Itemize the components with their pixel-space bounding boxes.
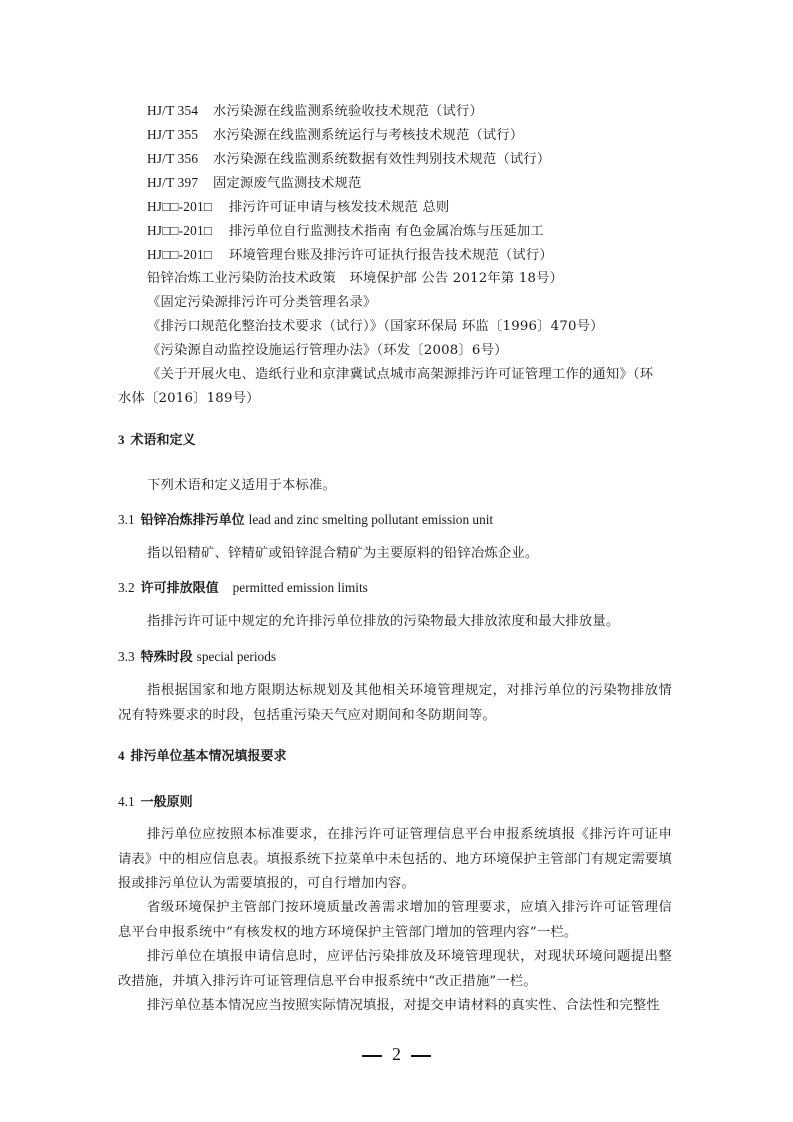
section-number: 4 (118, 748, 125, 763)
reference-title: 排污许可证申请与核发技术规范 总则 (229, 200, 449, 215)
reference-code: HJ/T 397 (147, 175, 213, 191)
section-title: 术语和定义 (131, 433, 196, 448)
policy-reference: 《排污口规范化整治技术要求（试行）》（国家环保局 环监〔1996〕470号） (147, 319, 604, 335)
reference-title: 环境管理台账及排污许可证执行报告技术规范（试行） (229, 248, 553, 263)
reference-item: HJ□□-201□排污单位自行监测技术指南 有色金属冶炼与压延加工 (147, 223, 544, 240)
term-chinese: 特殊时段 (141, 650, 193, 665)
term-definition: 指排污许可证中规定的允许排污单位排放的污染物最大排放浓度和最大排放量。 (147, 614, 619, 630)
reference-code: HJ□□-201□ (147, 199, 229, 215)
policy-reference-continuation: 水体〔2016〕189号） (118, 391, 260, 407)
reference-item: HJ/T 354水污染源在线监测系统验收技术规范（试行） (147, 103, 483, 120)
reference-title: 水污染源在线监测系统运行与考核技术规范（试行） (213, 128, 523, 143)
reference-code: HJ□□-201□ (147, 247, 229, 263)
reference-item: HJ/T 397固定源废气监测技术规范 (147, 175, 361, 192)
subsection-heading: 4.1一般原则 (118, 794, 193, 811)
term-english: special periods (197, 649, 276, 664)
reference-item: HJ□□-201□排污许可证申请与核发技术规范 总则 (147, 199, 449, 216)
term-english: lead and zinc smelting pollutant emissio… (249, 512, 493, 527)
section-number: 3 (118, 432, 125, 447)
body-paragraph: 省级环境保护主管部门按环境质量改善需求增加的管理要求，应填入排污许可证管理信息平… (118, 896, 672, 945)
reference-title: 固定源废气监测技术规范 (213, 176, 361, 191)
section-heading: 3术语和定义 (118, 432, 196, 449)
reference-title: 水污染源在线监测系统数据有效性判别技术规范（试行） (213, 152, 550, 167)
reference-item: HJ/T 356水污染源在线监测系统数据有效性判别技术规范（试行） (147, 151, 550, 168)
term-heading: 3.1铅锌冶炼排污单位lead and zinc smelting pollut… (118, 512, 493, 529)
reference-code: HJ/T 356 (147, 151, 213, 167)
policy-reference: 《关于开展火电、造纸行业和京津冀试点城市高架源排污许可证管理工作的通知》（环 (147, 367, 653, 383)
reference-code: HJ/T 354 (147, 103, 213, 119)
footer-dash-right (411, 1055, 431, 1057)
subsection-title: 一般原则 (141, 795, 193, 810)
reference-code: HJ□□-201□ (147, 223, 229, 239)
term-heading: 3.2许可排放限值permitted emission limits (118, 580, 368, 597)
policy-reference: 《污染源自动监控设施运行管理办法》（环发〔2008〕6号） (147, 343, 508, 359)
body-paragraph: 排污单位在填报申请信息时，应评估污染排放及环境管理现状，对现状环境问题提出整改措… (118, 945, 672, 994)
term-number: 3.2 (118, 580, 135, 595)
page-number: 2 (392, 1044, 401, 1064)
term-chinese: 铅锌冶炼排污单位 (141, 513, 245, 528)
body-paragraph: 排污单位基本情况应当按照实际情况填报，对提交申请材料的真实性、合法性和完整性 (118, 994, 672, 1019)
term-number: 3.3 (118, 649, 135, 664)
section-title: 排污单位基本情况填报要求 (131, 749, 287, 764)
policy-reference: 《固定污染源排污许可分类管理名录》 (147, 295, 376, 311)
section-intro: 下列术语和定义适用于本标准。 (147, 478, 336, 494)
footer-dash-left (362, 1055, 382, 1057)
reference-item: HJ/T 355水污染源在线监测系统运行与考核技术规范（试行） (147, 127, 523, 144)
term-english: permitted emission limits (233, 580, 368, 595)
body-paragraph: 排污单位应按照本标准要求，在排污许可证管理信息平台申报系统填报《排污许可证申请表… (118, 823, 672, 897)
reference-item: HJ□□-201□环境管理台账及排污许可证执行报告技术规范（试行） (147, 247, 553, 264)
term-chinese: 许可排放限值 (141, 581, 219, 596)
policy-reference: 铅锌冶炼工业污染防治技术政策 环境保护部 公告 2012年第 18号） (147, 271, 563, 287)
page-footer: 2 (0, 1044, 793, 1064)
reference-title: 水污染源在线监测系统验收技术规范（试行） (213, 104, 483, 119)
reference-title: 排污单位自行监测技术指南 有色金属冶炼与压延加工 (229, 224, 544, 239)
section-heading: 4排污单位基本情况填报要求 (118, 748, 287, 765)
term-definition: 指以铅精矿、锌精矿或铅锌混合精矿为主要原料的铅锌冶炼企业。 (147, 546, 538, 562)
term-heading: 3.3特殊时段special periods (118, 649, 276, 666)
subsection-number: 4.1 (118, 794, 135, 809)
term-definition: 指根据国家和地方限期达标规划及其他相关环境管理规定，对排污单位的污染物排放情况有… (118, 679, 672, 728)
term-number: 3.1 (118, 512, 135, 527)
reference-code: HJ/T 355 (147, 127, 213, 143)
